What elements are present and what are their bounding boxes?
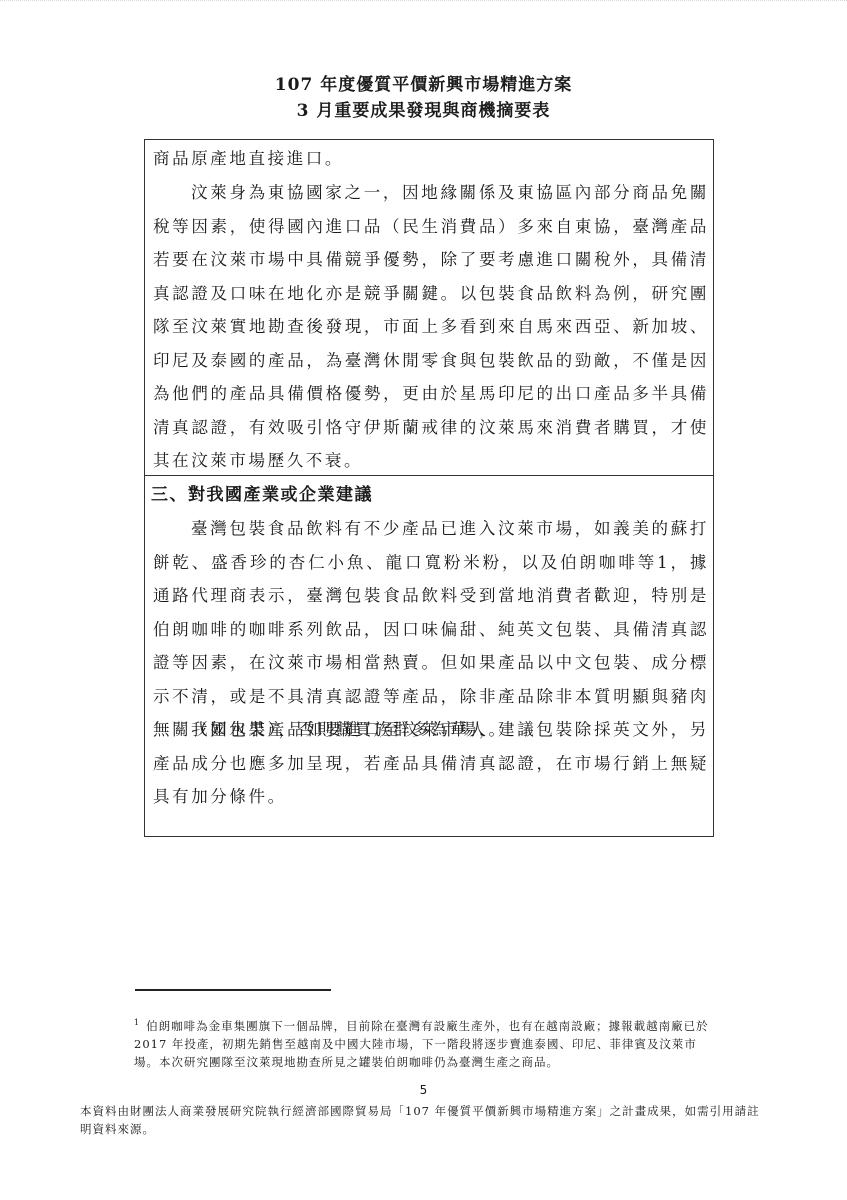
section-divider [145,475,713,476]
brunei-market-paragraph: 汶萊身為東協國家之一，因地緣關係及東協區內部分商品免關稅等因素，使得國內進口品（… [153,176,709,478]
footnote-marker: 1 [134,1018,140,1027]
footnote-separator [135,989,331,991]
section-heading-recommendations: 三、對我國產業或企業建議 [151,480,373,505]
summary-table: 商品原產地直接進口。 汶萊身為東協國家之一，因地緣關係及東協區內部分商品免關稅等… [144,139,714,837]
continued-paragraph: 商品原產地直接進口。 [153,142,709,176]
document-title: 107 年度優質平價新興市場精進方案 [0,70,847,95]
footnote: 1伯朗咖啡為金車集團旗下一個品牌，目前除在臺灣有設廠生產外，也有在越南設廠；據報… [134,1014,714,1071]
footnote-text: 伯朗咖啡為金車集團旗下一個品牌，目前除在臺灣有設廠生產外，也有在越南設廠；據報載… [134,1019,709,1069]
recommendation-paragraph-1: 臺灣包裝食品飲料有不少產品已進入汶萊市場，如義美的蘇打餅乾、盛香珍的杏仁小魚、龍… [153,512,709,747]
page-number: 5 [0,1083,847,1097]
source-note: 本資料由財團法人商業發展研究院執行經濟部國際貿易局「107 年優質平價新興市場精… [80,1102,770,1138]
document-subtitle: 3 月重要成果發現與商機摘要表 [0,96,847,121]
recommendation-paragraph-2: 我國包裝產品如要進口至汶萊市場，建議包裝除採英文外，另產品成分也應多加呈現，若產… [153,713,709,814]
